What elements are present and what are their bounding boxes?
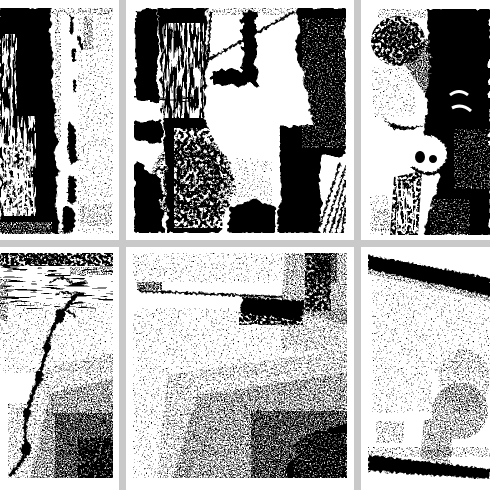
texture-image-4 — [0, 253, 113, 478]
texture-tile-3 — [361, 0, 490, 240]
texture-tile-2 — [126, 0, 354, 240]
texture-tile-5 — [126, 247, 354, 490]
texture-image-1 — [0, 8, 113, 234]
texture-pack-preview — [0, 0, 490, 490]
texture-image-5 — [133, 253, 347, 478]
texture-tile-1 — [0, 0, 119, 240]
texture-image-6 — [368, 253, 490, 479]
texture-image-2 — [134, 8, 346, 233]
grid-divider-horizontal — [0, 240, 490, 247]
texture-image-3 — [370, 9, 490, 235]
texture-tile-4 — [0, 247, 119, 490]
texture-tile-6 — [361, 247, 490, 490]
